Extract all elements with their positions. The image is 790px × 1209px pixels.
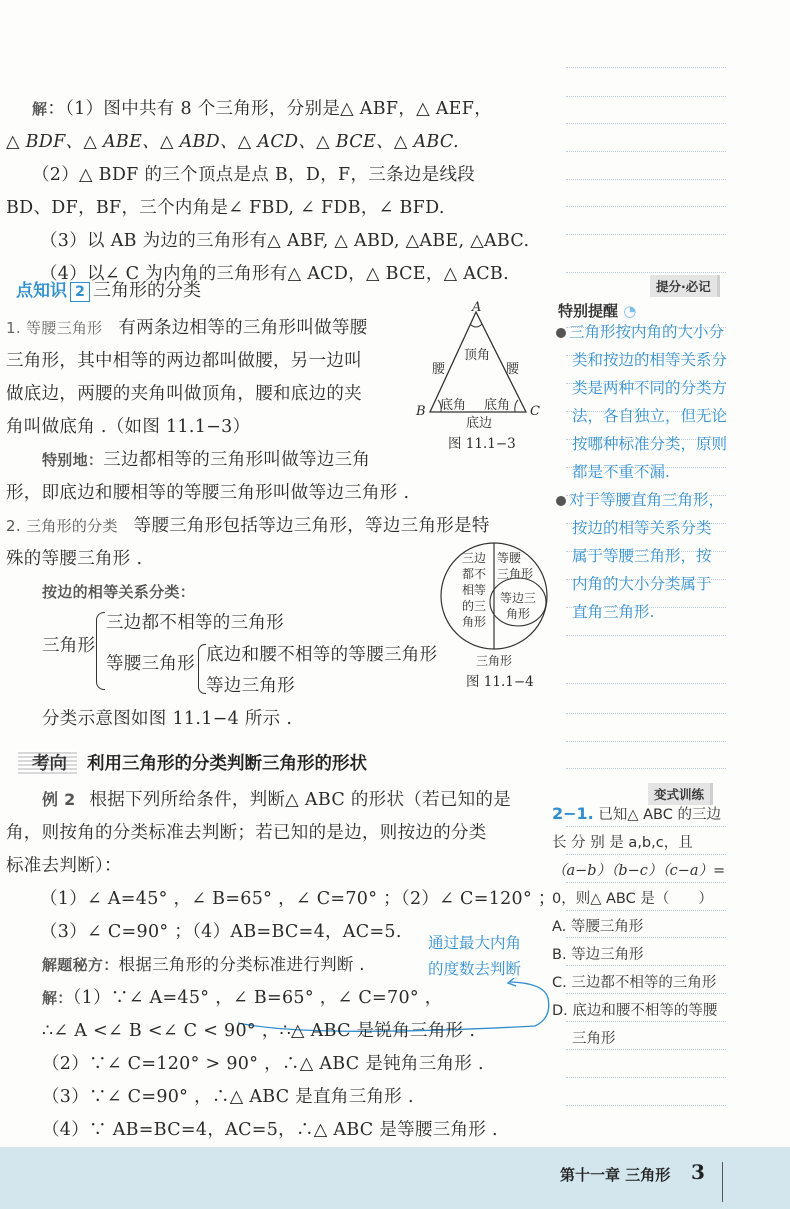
isosceles-triangle-diagram [410, 300, 550, 430]
solution-line: （3）以 AB 为边的三角形有△ ABF, △ ABD, △ABE, △ABC. [40, 230, 529, 252]
tree-branch-2: 等腰三角形 [106, 653, 195, 675]
venn-scalene-text: 三边 都不 相等 的三 角形 [462, 550, 486, 630]
solution-line: （2）△ BDF 的三个顶点是点 B，D，F，三条边是线段 [32, 164, 475, 186]
by-sides-label: 按边的相等关系分类： [42, 581, 195, 603]
leg-left-label: 腰 [432, 358, 445, 377]
knowledge-number: 2 [70, 282, 90, 302]
base-label: 底边 [466, 412, 492, 431]
figure-classification-venn: 三边 都不 相等 的三 角形 等腰 三角形 等边三 角形 三角形 图 11.1−… [432, 540, 562, 690]
special-line: 形，即底边和腰相等的等腰三角形叫做等边三角形 . [6, 482, 409, 504]
option-d-continued: 三角形 [572, 1027, 616, 1048]
solution-line: （1）∵∠ A=45° ，∠ B=65° ，∠ C=70° ， [73, 988, 443, 1008]
knowledge-title: 三角形的分类 [93, 280, 201, 301]
option-a[interactable]: A. 等腰三角形 [552, 915, 643, 936]
special-label: 特别地： [42, 451, 103, 469]
handwritten-annotation: 通过最大内角 的度数去判断 [428, 930, 521, 982]
isosceles-line: 做底边，两腰的夹角叫做顶角，腰和底边的夹 [6, 383, 362, 405]
tree-root: 三角形 [42, 635, 95, 657]
example-label: 例 2 [42, 790, 76, 809]
footer-divider [722, 1162, 723, 1202]
solution-line: ：（1）图中共有 8 个三角形，分别是△ ABF，△ AEF， [47, 99, 492, 119]
solution-line: （3）∵∠ C=90° ，∴△ ABC 是直角三角形 . [42, 1086, 414, 1108]
exam-title: 利用三角形的分类判断三角形的形状 [87, 754, 367, 774]
knowledge-point-heading: 点知识2三角形的分类 [16, 276, 201, 302]
example-line: 角，则按角的分类标准去判断；若已知的是边，则按边的分类 [6, 822, 487, 844]
solution-line: BD、DF，BF，三个内角是∠ FBD, ∠ FDB，∠ BFD. [6, 197, 445, 219]
knowledge-badge: 点知识 [16, 281, 67, 301]
reminder-note-1: 三角形按内角的大小分 类和按边的相等关系分 类是两种不同的分类方 法，各自独立，… [556, 318, 727, 486]
tree-sub-brace [198, 644, 206, 694]
example-line: 标准去判断）： [6, 855, 122, 877]
solution-line: △ BDF、△ ABE、△ ABD、△ ACD、△ BCE、△ ABC. [6, 131, 459, 153]
exercise-line: 已知△ ABC 的三边 [598, 807, 721, 823]
isosceles-line: 角叫做底角 .（如图 11.1−3） [6, 416, 250, 438]
venn-isosceles-text: 等腰 三角形 [497, 550, 533, 582]
leg-right-label: 腰 [506, 358, 519, 377]
exam-direction-heading: 考向利用三角形的分类判断三角形的形状 [18, 750, 367, 775]
solution-label: 解 [32, 100, 47, 118]
solution-line: （2）∵∠ C=120° > 90° ，∴△ ABC 是钝角三角形 . [42, 1053, 484, 1075]
tree-sub-2: 等边三角形 [206, 675, 295, 697]
figure-caption: 图 11.1−4 [466, 670, 534, 690]
exercise-line: 长 分 别 是 a,b,c，且 [552, 831, 693, 852]
classification-label: 2. 三角形的分类 [6, 517, 118, 535]
isosceles-label: 1. 等腰三角形 [6, 319, 102, 337]
example-line: （1）∠ A=45° ，∠ B=65° ，∠ C=70° ；（2）∠ C=120… [40, 888, 556, 910]
venn-outer-label: 三角形 [476, 652, 512, 669]
tree-brace [96, 612, 105, 690]
venn-equilateral-text: 等边三 角形 [500, 590, 536, 622]
exercise-number: 2−1. [552, 804, 594, 823]
tag-variant-practice: 变式训练 [648, 783, 713, 805]
tree-branch-1: 三边都不相等的三角形 [106, 612, 284, 634]
classification-line: 殊的等腰三角形 . [6, 548, 142, 570]
vertex-b-label: B [416, 404, 426, 419]
option-b[interactable]: B. 等边三角形 [552, 943, 644, 964]
isosceles-line: 有两条边相等的三角形叫做等腰 [118, 318, 367, 338]
solution-line: （4）∵ AB=BC=4，AC=5，∴△ ABC 是等腰三角形 . [42, 1119, 498, 1141]
vertex-a-label: A [472, 300, 481, 315]
option-c[interactable]: C. 三边都不相等的三角形 [552, 971, 716, 992]
tip-text: 根据三角形的分类标准进行判断 . [119, 955, 365, 974]
tip-label: 解题秘方： [42, 956, 119, 974]
tree-sub-1: 底边和腰不相等的等腰三角形 [206, 644, 437, 666]
exercise-line: （a−b）（b−c）（c−a）= [552, 859, 725, 880]
example-line: 根据下列所给条件，判断△ ABC 的形状（若已知的是 [89, 790, 511, 810]
apex-angle-label: 顶角 [464, 344, 490, 363]
bullet-icon [556, 496, 566, 506]
bullet-icon [556, 328, 566, 338]
solution-line: ∴∠ A <∠ B <∠ C < 90° ，∴△ ABC 是锐角三角形 . [42, 1020, 475, 1042]
exam-badge: 考向 [18, 750, 77, 775]
example-line: （3）∠ C=90° ；（4）AB=BC=4，AC=5. [40, 921, 402, 943]
special-line: 三边都相等的三角形叫做等边三角 [103, 450, 370, 470]
option-d[interactable]: D. 底边和腰不相等的等腰 [552, 999, 717, 1020]
isosceles-line: 三角形，其中相等的两边都叫做腰，另一边叫 [6, 350, 362, 372]
reminder-note-2: 对于等腰直角三角形， 按边的相等关系分类 属于等腰三角形，按 内角的大小分类属于… [556, 486, 724, 626]
base-angle-right-label: 底角 [484, 394, 510, 413]
figure-caption: 图 11.1−3 [448, 432, 516, 452]
figure-isosceles-triangle: A B C 顶角 腰 腰 底角 底角 底边 图 11.1−3 [410, 300, 550, 460]
page-footer: 第十一章 三角形 3 [0, 1147, 790, 1209]
classification-line: 等腰三角形包括等边三角形，等边三角形是特 [134, 516, 490, 536]
exercise-line: 0，则△ ABC 是（ ） [552, 887, 713, 908]
solution-label: 解： [42, 989, 73, 1007]
classification-note: 分类示意图如图 11.1−4 所示 . [42, 708, 292, 730]
chapter-title: 第十一章 三角形 [560, 1164, 670, 1185]
tag-must-remember: 提分·必记 [650, 275, 720, 297]
page-number: 3 [691, 1160, 705, 1184]
base-angle-left-label: 底角 [440, 394, 466, 413]
vertex-c-label: C [530, 404, 540, 419]
